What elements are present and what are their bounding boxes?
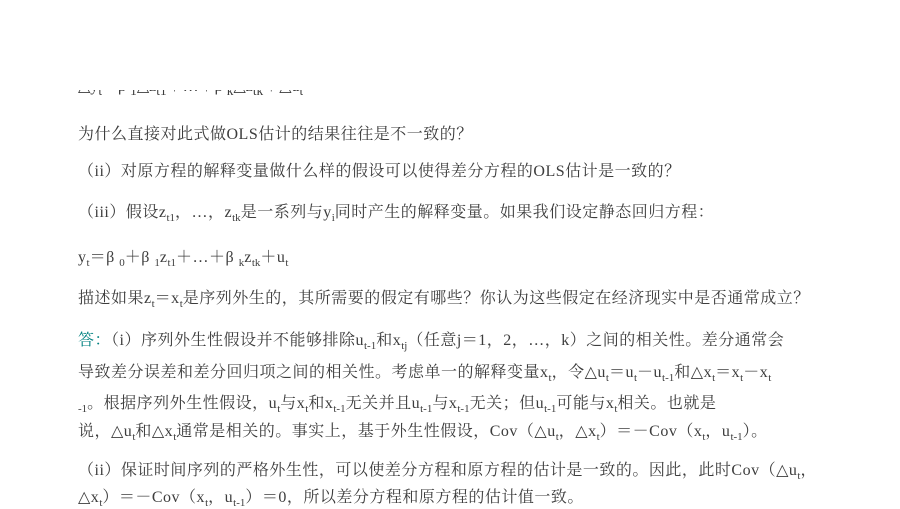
text-run: △y <box>78 90 98 95</box>
text-run: △z <box>233 90 252 95</box>
text-run: 相关。也就是 <box>617 395 716 412</box>
text-run: ， <box>800 462 817 479</box>
text-run: （任意j＝1，2，…，k）之间的相关性。差分通常会 <box>407 332 784 349</box>
text-run: 与x <box>280 395 305 412</box>
text-run: ＋u <box>260 249 285 266</box>
subscript: t1 <box>156 90 166 98</box>
subscript: t1 <box>166 212 175 224</box>
text-run: ＝β <box>90 249 120 266</box>
subscript: t <box>300 90 304 98</box>
text-line: △xt）＝－Cov（xt，ut-1）＝0，所以差分方程和原方程的估计值一致。 <box>78 487 584 508</box>
text-run: 和x <box>376 332 401 349</box>
subscript: t-1 <box>730 431 742 443</box>
subscript: 1 <box>130 90 137 98</box>
text-run: （i）序列外生性假设并不能够排除u <box>111 332 364 349</box>
text-run: ＝x <box>155 290 180 307</box>
text-run: 无关；但u <box>470 395 545 412</box>
text-line: yt＝β 0＋β 1zt1＋…＋β kztk＋ut <box>78 247 288 268</box>
subscript: t-1 <box>544 403 556 415</box>
text-run: ＋…＋β <box>167 90 227 95</box>
text-run: z <box>244 249 252 266</box>
text-run: 描述如果z <box>78 290 152 307</box>
text-run: ，u <box>208 489 233 506</box>
text-run: 通常是相关的。事实上，基于外生性假设，Cov（△u <box>176 423 555 440</box>
text-run: △x <box>78 489 99 506</box>
text-run: ，△x <box>559 423 597 440</box>
text-line: 答：（i）序列外生性假设并不能够排除ut-1和xtj（任意j＝1，2，…，k）之… <box>78 330 784 351</box>
text-run: 无关并且u <box>346 395 421 412</box>
subscript: t <box>285 257 288 269</box>
text-run: 是一系列与y <box>241 204 332 221</box>
text-run: －x <box>743 364 768 381</box>
text-line: （ii）对原方程的解释变量做什么样的假设可以使得差分方程的OLS估计是一致的？ <box>78 161 681 182</box>
subscript: -1 <box>78 403 87 415</box>
subscript: t1 <box>167 257 176 269</box>
text-run: △z <box>137 90 156 95</box>
subscript: t <box>768 372 771 384</box>
text-run: 同时产生的解释变量。如果我们设定静态回归方程： <box>335 204 715 221</box>
subscript: t-1 <box>457 403 469 415</box>
text-run: y <box>78 249 87 266</box>
clipped-formula-line: △yt＝β 1△zt1＋…＋β k△ztk＋△ut <box>78 90 303 98</box>
subscript: t-1 <box>364 340 376 352</box>
text-line: 描述如果zt＝xt是序列外生的，其所需要的假定有哪些？你认为这些假定在经济现实中… <box>78 288 810 309</box>
subscript: tk <box>253 90 263 98</box>
text-run: ＝u <box>609 364 634 381</box>
text-line: -1。根据序列外生性假设，ut与xt和xt-1无关并且ut-1与xt-1无关；但… <box>78 393 716 414</box>
subscript: tk <box>232 212 241 224</box>
text-run: ＋…＋β <box>176 249 239 266</box>
text-line: （iii）假设zt1，…，ztk是一系列与yi同时产生的解释变量。如果我们设定静… <box>78 202 714 223</box>
text-run: 导致差分误差和差分回归项之间的相关性。考虑单一的解释变量x <box>78 364 549 381</box>
subscript: t-1 <box>662 372 674 384</box>
text-run: （iii）假设z <box>78 204 166 221</box>
document-page: △yt＝β 1△zt1＋…＋β k△ztk＋△ut为什么直接对此式做OLS估计的… <box>0 0 900 509</box>
text-run: （ii）保证时间序列的严格外生性，可以使差分方程和原方程的估计是一致的。因此，此… <box>78 462 797 479</box>
text-run: 。根据序列外生性假设，u <box>87 395 277 412</box>
text-run: ）。 <box>743 423 768 440</box>
text-run: ）＝－Cov（x <box>600 423 703 440</box>
text-run: ＋β <box>125 249 155 266</box>
text-run: （ii）对原方程的解释变量做什么样的假设可以使得差分方程的OLS估计是一致的？ <box>78 163 681 180</box>
text-run: 为什么直接对此式做OLS估计的结果往往是不一致的？ <box>78 126 473 143</box>
text-line: 说，△ut和△xt通常是相关的。事实上，基于外生性假设，Cov（△ut，△xt）… <box>78 421 768 442</box>
clipped-formula-text: △yt＝β 1△zt1＋…＋β k△ztk＋△ut <box>78 90 303 98</box>
text-run: 是序列外生的，其所需要的假定有哪些？你认为这些假定在经济现实中是否通常成立？ <box>183 290 810 307</box>
subscript: t-1 <box>233 497 245 509</box>
text-run: －u <box>637 364 662 381</box>
text-run: ）＝－Cov（x <box>102 489 205 506</box>
subscript: t-1 <box>420 403 432 415</box>
text-run: ，u <box>705 423 730 440</box>
subscript: t-1 <box>333 403 345 415</box>
text-run: 可能与x <box>556 395 614 412</box>
text-line: （ii）保证时间序列的严格外生性，可以使差分方程和原方程的估计是一致的。因此，此… <box>78 460 817 481</box>
text-run: 与x <box>432 395 457 412</box>
text-run: 和△x <box>135 423 173 440</box>
text-run: ，…，z <box>175 204 232 221</box>
text-line: 为什么直接对此式做OLS估计的结果往往是不一致的？ <box>78 124 473 145</box>
answer-label: 答： <box>78 332 111 349</box>
text-run: ）＝0，所以差分方程和原方程的估计值一致。 <box>245 489 584 506</box>
text-run: ＝β <box>102 90 130 95</box>
text-run: ，令△u <box>552 364 606 381</box>
text-line: 导致差分误差和差分回归项之间的相关性。考虑单一的解释变量xt，令△ut＝ut－u… <box>78 362 771 383</box>
text-run: 和x <box>308 395 333 412</box>
text-run: 和△x <box>674 364 712 381</box>
text-run: 说，△u <box>78 423 132 440</box>
text-run: ＋△u <box>263 90 299 95</box>
text-run: ＝x <box>715 364 740 381</box>
